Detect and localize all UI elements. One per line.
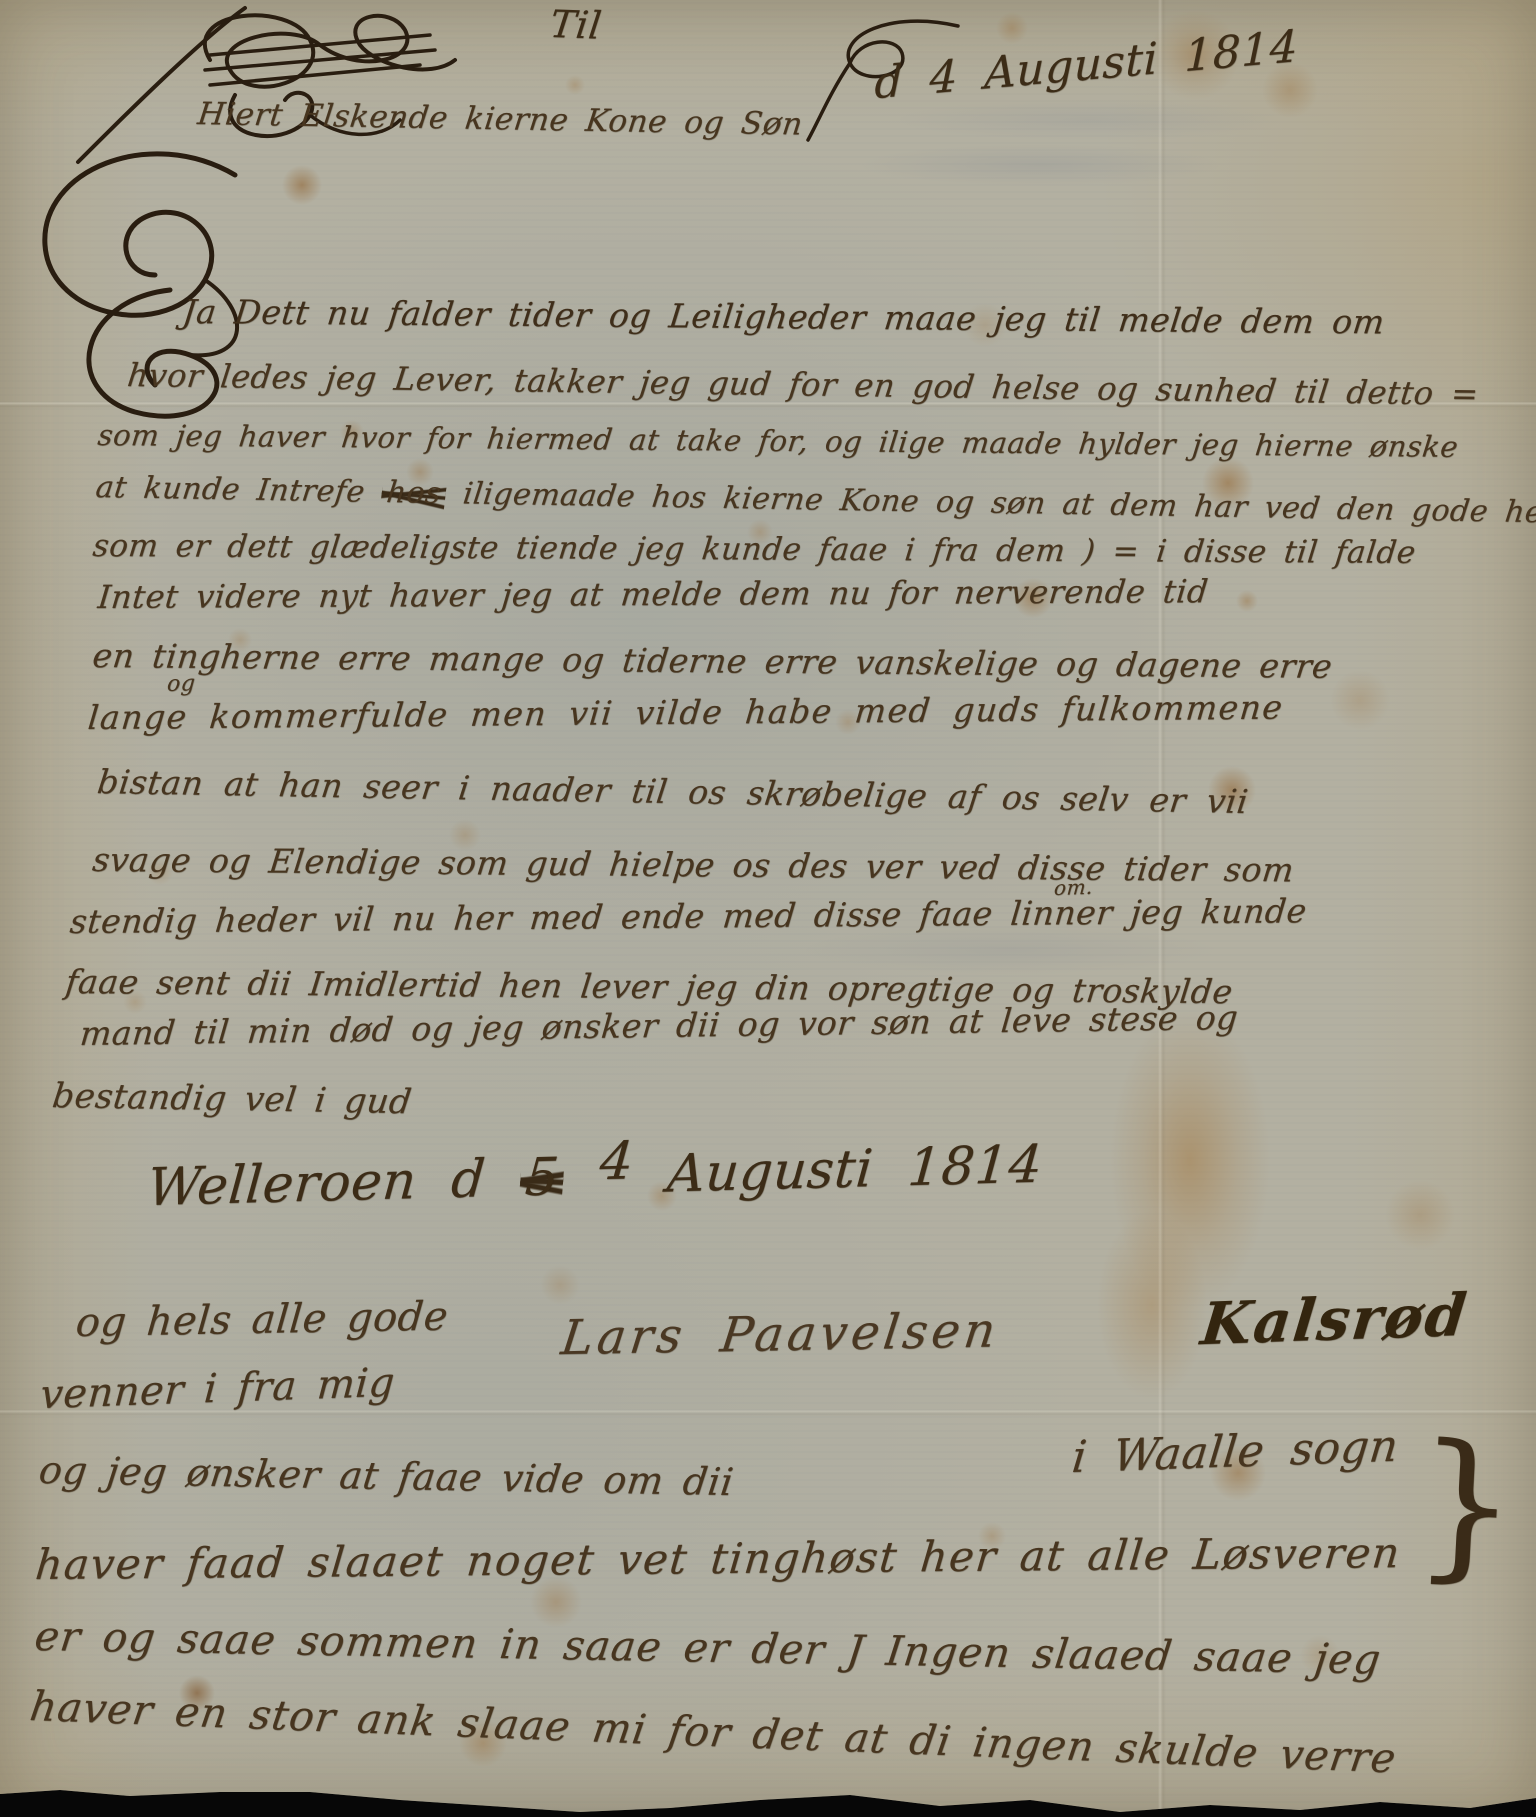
- body-line-4: at kunde Intrefe hos iligemaade hos kier…: [94, 470, 1536, 531]
- body-line-7: en tingherne erre mange og tiderne erre …: [91, 636, 1335, 686]
- body-line-3: som jeg haver hvor for hiermed at take f…: [96, 418, 1460, 464]
- postscript-line-3: er og saae sommen in saae er der J Ingen…: [32, 1612, 1384, 1683]
- body-line-2: hvor ledes jeg Lever, takker jeg gud for…: [125, 356, 1480, 413]
- body-line-13: mand til min død og jeg ønsker dii og vo…: [78, 998, 1239, 1053]
- dateline-place: Welleroen d: [145, 1149, 487, 1218]
- closing-brace: }: [1410, 1408, 1521, 1600]
- body-line-4-pre: at kunde Intrefe: [94, 470, 367, 510]
- body-line-8: lange kommerfulde men vii vilde habe med…: [86, 688, 1285, 737]
- dateline-corrected-day: 4: [598, 1131, 636, 1192]
- dateline: Welleroen d 5 4 Augusti 1814: [145, 1135, 1044, 1219]
- postscript-line-4: haver en stor ank slaae mi for det at di…: [27, 1682, 1400, 1782]
- dateline-month-year: Augusti 1814: [665, 1135, 1045, 1205]
- dateline-struck-day: 5: [518, 1147, 566, 1208]
- farewell-line-2: venner i fra mig: [39, 1360, 397, 1419]
- postscript-line-2: haver faad slaaet noget vet tinghøst her…: [33, 1528, 1403, 1589]
- body-line-10: svage og Elendige som gud hielpe os des …: [91, 840, 1297, 889]
- signature-parish: i Waalle sogn: [1070, 1421, 1401, 1484]
- signature-name: Lars Paavelsen: [558, 1302, 1002, 1366]
- scanned-letter: Til d 4 Augusti 1814 Hiert Elskende kier…: [0, 0, 1536, 1817]
- address-label: Til: [548, 2, 605, 48]
- farewell-line-1: og hels alle gode: [74, 1294, 450, 1347]
- body-line-5: som er dett glædeligste tiende jeg kunde…: [91, 528, 1418, 571]
- body-line-14: bestandig vel i gud: [50, 1076, 414, 1122]
- interline-insert-og: og: [166, 671, 196, 697]
- letter-paper: Til d 4 Augusti 1814 Hiert Elskende kier…: [0, 0, 1536, 1817]
- body-line-4-strikethrough: hos: [380, 475, 449, 511]
- body-line-4-post: iligemaade hos kierne Kone og søn at dem…: [461, 476, 1536, 531]
- body-line-6: Intet videre nyt haver jeg at melde dem …: [96, 572, 1210, 616]
- signature-farm: Kalsrød: [1198, 1281, 1471, 1359]
- body-line-1: Ja Dett nu falder tider og Leiligheder m…: [181, 292, 1387, 341]
- body-line-11: stendig heder vil nu her med ende med di…: [68, 891, 1308, 941]
- postscript-line-1: og jeg ønsker at faae vide om dii: [37, 1448, 736, 1504]
- body-line-9: bistan at han seer i naader til os skrøb…: [95, 762, 1250, 821]
